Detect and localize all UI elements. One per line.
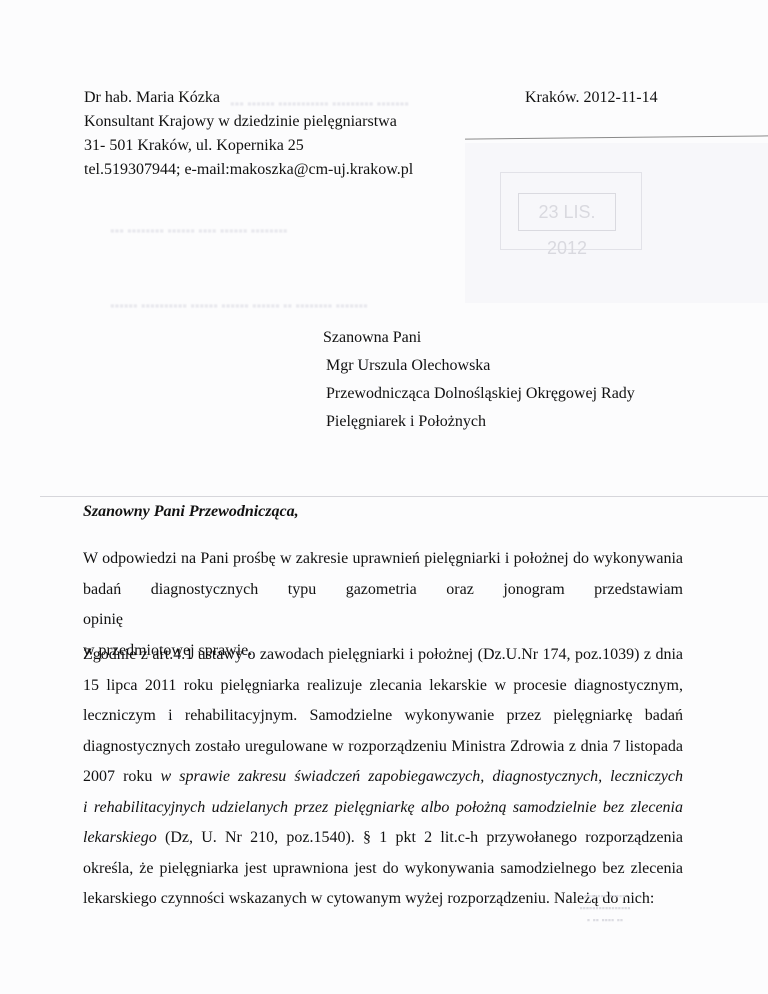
place-date: Kraków. 2012-11-14: [525, 88, 658, 108]
paragraph-2-line-prefix: 2007 roku: [83, 768, 161, 785]
received-stamp-date: 23 LIS. 2012: [518, 193, 616, 231]
scanned-letter-page: ▪▪▪ ▪▪▪▪▪▪ ▪▪▪▪▪▪▪▪▪▪▪ ▪▪▪▪▪▪▪▪▪ ▪▪▪▪▪▪▪…: [0, 0, 768, 994]
show-through-text: ▪▪▪ ▪▪▪▪▪▪▪▪ ▪▪▪▪▪▪ ▪▪▪▪ ▪▪▪▪▪▪ ▪▪▪▪▪▪▪▪: [110, 215, 490, 247]
show-through-stamp: ▪▪▪▪▪▪▪ ▪▪▪▪▪▪▪▪▪▪▪▪▪▪▪▪▪▪▪▪▪▪ ▪▪ ▪▪▪▪ ▪…: [540, 890, 670, 926]
received-stamp: 23 LIS. 2012: [500, 172, 642, 250]
recipient-salutation: Szanowna Pani: [323, 328, 421, 348]
recipient-position-1: Przewodnicząca Dolnośląskiej Okręgowej R…: [326, 384, 635, 404]
paragraph-2-line: Zgodnie z art.4.1 ustawy o zawodach piel…: [83, 640, 683, 671]
sender-address: 31- 501 Kraków, ul. Kopernika 25: [84, 136, 304, 156]
greeting: Szanowny Pani Przewodnicząca,: [83, 502, 299, 522]
recipient-position-2: Pielęgniarek i Położnych: [326, 412, 486, 432]
paragraph-2-line: określa, że pielęgniarka jest uprawniona…: [83, 854, 683, 885]
fold-line: [40, 496, 768, 497]
paragraph-2-line: lekarskiego (Dz, U. Nr 210, poz.1540). §…: [83, 823, 683, 854]
paragraph-2: Zgodnie z art.4.1 ustawy o zawodach piel…: [83, 640, 683, 915]
regulation-citation: (Dz, U. Nr 210, poz.1540). § 1 pkt 2 lit…: [157, 829, 683, 846]
sender-title: Konsultant Krajowy w dziedzinie pielęgni…: [84, 112, 397, 132]
sender-contact: tel.519307944; e-mail:makoszka@cm-uj.kra…: [84, 160, 413, 180]
regulation-title: i rehabilitacyjnych udzielanych przez pi…: [83, 799, 683, 816]
paragraph-2-line: diagnostycznych zostało uregulowane w ro…: [83, 732, 683, 763]
regulation-title: lekarskiego: [83, 829, 157, 846]
paragraph-2-line: 2007 roku w sprawie zakresu świadczeń za…: [83, 762, 683, 793]
regulation-title: w sprawie zakresu świadczeń zapobiegawcz…: [161, 768, 684, 785]
paragraph-1-line: W odpowiedzi na Pani prośbę w zakresie u…: [83, 544, 683, 575]
sender-name: Dr hab. Maria Kózka: [84, 88, 220, 108]
header-divider-line: [465, 135, 768, 139]
paragraph-2-line: leczniczym i rehabilitacyjnym. Samodziel…: [83, 701, 683, 732]
paragraph-2-line: i rehabilitacyjnych udzielanych przez pi…: [83, 793, 683, 824]
paragraph-2-line: 15 lipca 2011 roku pielęgniarka realizuj…: [83, 671, 683, 702]
paragraph-1-line: badań diagnostycznych typu gazometria or…: [83, 575, 683, 636]
recipient-name: Mgr Urszula Olechowska: [326, 356, 490, 376]
